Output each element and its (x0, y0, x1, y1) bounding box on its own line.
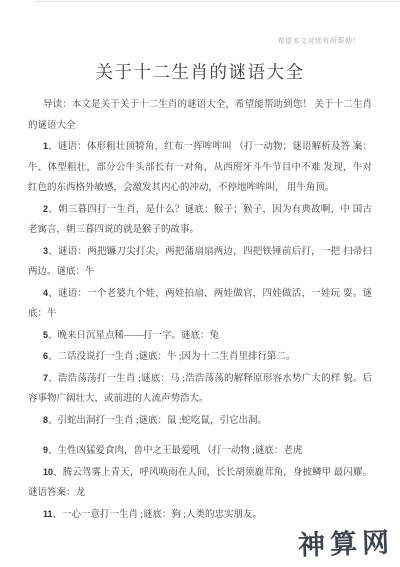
item-text: 、腾云驾雾上青天，呼风唤雨在人间，长长胡须鹿茸角，身披鳞甲 最闪耀。谜语答案：龙 (28, 468, 372, 499)
document-body: 导读：本文是关于关于十二生肖的谜语大全，希望能帮助到您！ 关于十二生肖的谜语大全… (0, 95, 400, 525)
riddle-item-1: 1、谜语：体形粗壮顶犄角，红布一挥哞哞叫 （打一动物；谜语解析及答 案：牛、体型… (28, 136, 372, 199)
top-divider (34, 1, 400, 2)
item-text: 、引蛇出洞打一生肖 ;谜底：鼠 ;蛇吃鼠，引它出洞。 (48, 416, 267, 426)
riddle-item-3: 3、谜语：两把镰刀尖打尖，两把蒲扇扇两边，四把铁锤前后打，一把 扫帚扫两边。谜底… (28, 241, 372, 283)
riddle-item-4: 4、谜语：一个老婆九个娃，两娃拍扇，两娃做官，四娃做活，一娃玩 耍。谜底：牛 (28, 283, 372, 325)
riddle-item-9: 9、生性凶猛爱食肉，兽中之王最爱吼 （打一动物 ;谜底：老虎 (28, 440, 372, 462)
item-text: 、谜语：体形粗壮顶犄角，红布一挥哞哞叫 （打一动物；谜语解析及答 案：牛、体型粗… (28, 142, 372, 193)
item-text: 、朝三暮四打一生肖，是什么？谜底：猴子；猴子，因为有典故啊，中 国古老寓言，朝三… (28, 205, 372, 236)
intro-paragraph: 导读：本文是关于关于十二生肖的谜语大全，希望能帮助到您！ 关于十二生肖的谜语大全 (28, 95, 372, 136)
riddle-item-5: 5、晚来日沉星点稀——打一字。谜底：兔 (28, 325, 372, 347)
header-note: 希望本文对您有所帮助！ (278, 36, 361, 46)
item-text: 、二话没说打一生肖 ;谜底：牛 ;因为十二生肖里排行第二。 (48, 352, 296, 362)
item-text: 、生性凶猛爱食肉，兽中之王最爱吼 （打一动物 ;谜底：老虎 (48, 446, 302, 456)
item-text: 、浩浩荡荡打一生肖 ;谜底：马 ;浩浩荡荡的解释原形容水势广大的样 貌。后容事物… (28, 374, 372, 405)
item-text: 、谜语：一个老婆九个娃，两娃拍扇，两娃做官，四娃做活，一娃玩 耍。谜底：牛 (28, 289, 372, 320)
page-title: 关于十二生肖的谜语大全 (0, 60, 400, 84)
riddle-item-7: 7、浩浩荡荡打一生肖 ;谜底：马 ;浩浩荡荡的解释原形容水势广大的样 貌。后容事… (28, 368, 372, 410)
riddle-item-2: 2、朝三暮四打一生肖，是什么？谜底：猴子；猴子，因为有典故啊，中 国古老寓言，朝… (28, 199, 372, 241)
item-text: 、晚来日沉星点稀——打一字。谜底：兔 (48, 331, 219, 341)
item-number: 10 (43, 467, 53, 477)
item-text: 、一心一意打一生肖 ;谜底：狗 ;人类的忠实朋友。 (53, 510, 263, 520)
item-text: 、谜语：两把镰刀尖打尖，两把蒲扇扇两边，四把铁锤前后打，一把 扫帚扫两边。谜底：… (28, 247, 372, 278)
riddle-item-10: 10、腾云驾雾上青天，呼风唤雨在人间，长长胡须鹿茸角，身披鳞甲 最闪耀。谜语答案… (28, 462, 372, 504)
site-watermark: 神算网 (297, 520, 394, 562)
riddle-item-6: 6、二话没说打一生肖 ;谜底：牛 ;因为十二生肖里排行第二。 (28, 346, 372, 368)
item-number: 11 (43, 509, 53, 519)
riddle-item-11: 11、一心一意打一生肖 ;谜底：狗 ;人类的忠实朋友。 (28, 504, 372, 526)
document-page: 希望本文对您有所帮助！ 关于十二生肖的谜语大全 导读：本文是关于关于十二生肖的谜… (0, 0, 400, 567)
riddle-item-8: 8、引蛇出洞打一生肖 ;谜底：鼠 ;蛇吃鼠，引它出洞。 (28, 410, 372, 432)
